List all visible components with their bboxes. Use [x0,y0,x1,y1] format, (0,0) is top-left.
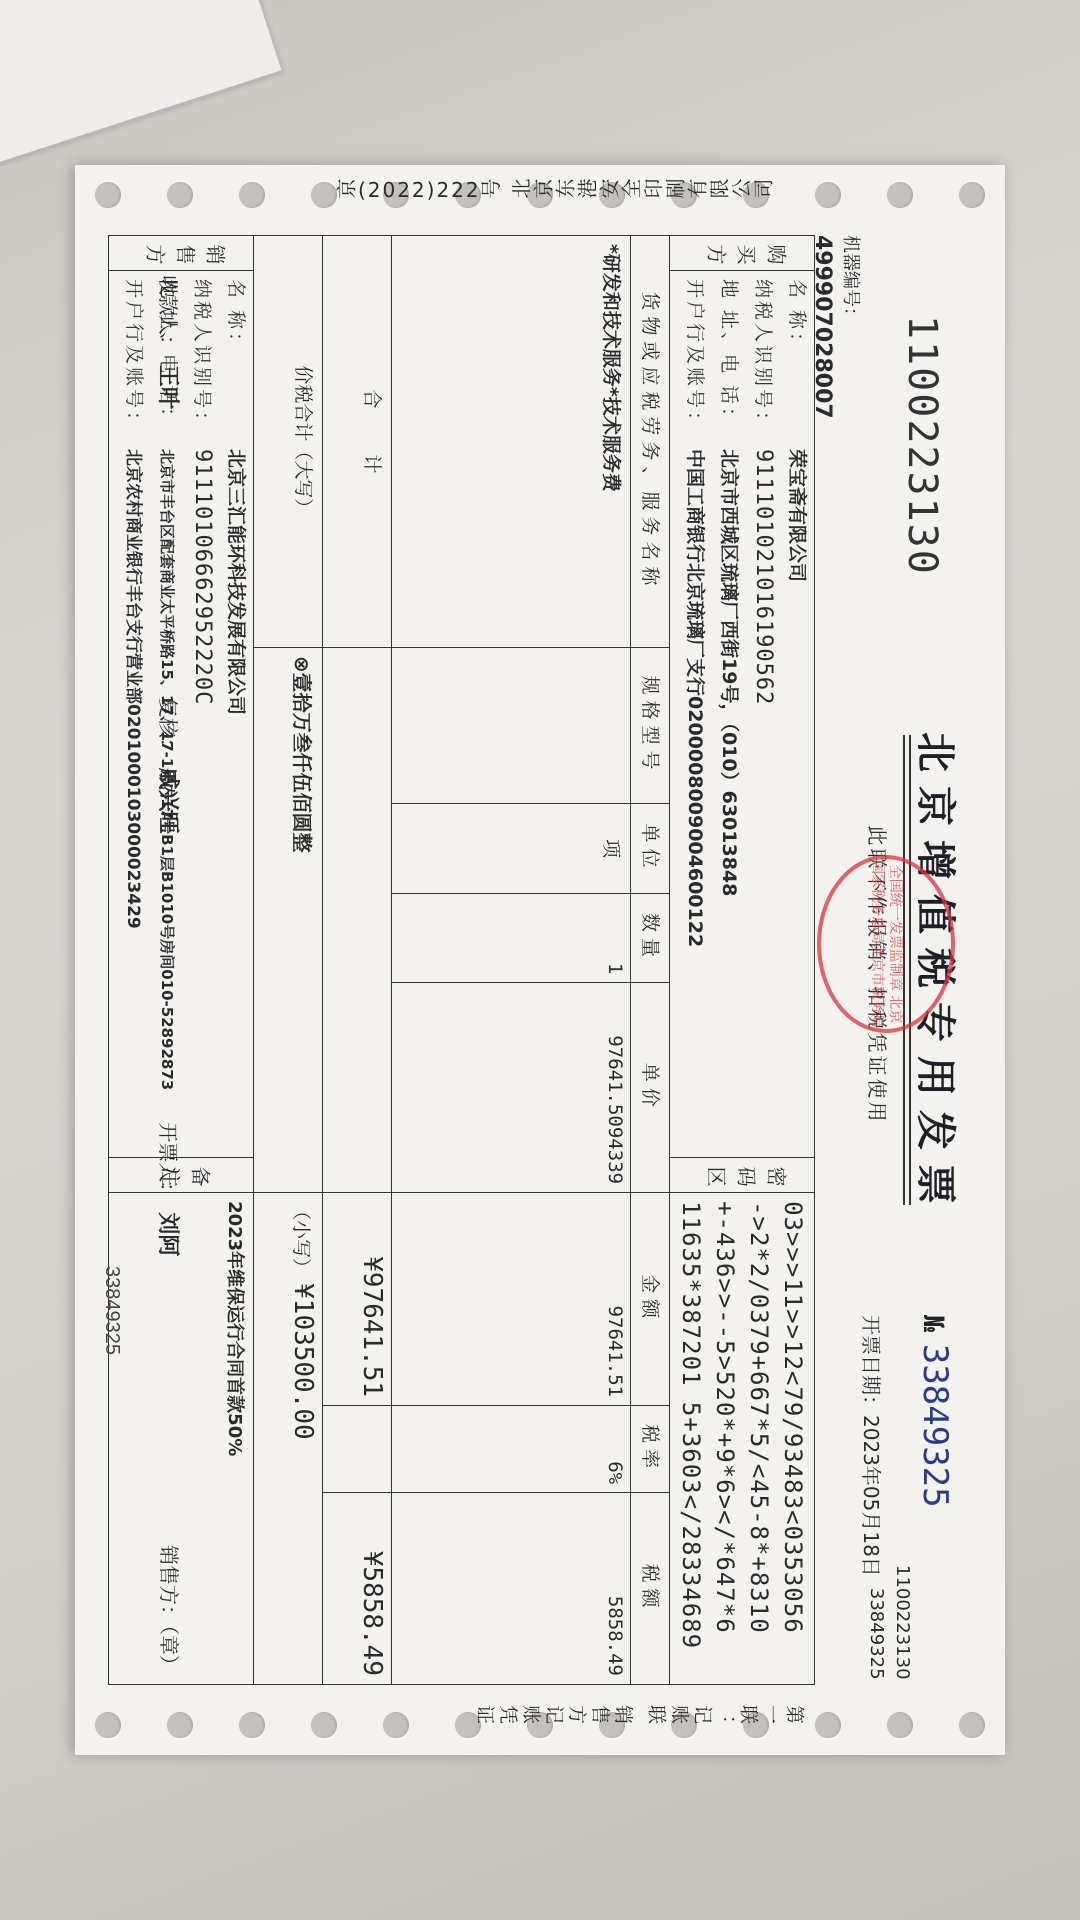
payee: 收款人：王叶 [154,275,185,409]
invoice-table: 购买方 名 称：荣宝斋有限公司 纳税人识别号：91110102101619056… [108,235,815,1685]
seller-side-label: 销售方 [109,236,254,271]
seller-name: 北京三汇能环科技发展有限公司 [225,449,247,715]
buyer-side-label: 购买方 [670,236,815,271]
background-paper [0,0,283,164]
items-header: 货物或应税劳务、服务名称 规格型号 单位 数量 单价 金额 税率 税额 [631,236,670,1685]
signature-footer: 收款人：王叶 复核：戚兴旺 开票人：刘阿 销售方：（章） [154,275,185,1675]
grand-total-upper: ⊗壹拾万叁仟伍佰圆整 [254,647,323,1192]
machine-number: 机器编号： 499907028007 [810,235,865,419]
bottom-serial: 33849325 [100,1266,123,1355]
item-name: *研发和技术服务*技术服务费 [392,236,631,648]
seller-seal: 销售方：（章） [154,1545,185,1675]
item-tax: 5858.49 [392,1493,631,1685]
corner-codes: 1100223130 33849325 [863,1565,915,1680]
buyer-name: 荣宝斋有限公司 [786,449,808,582]
item-unit: 项 [392,804,631,894]
grand-total-lower: ¥103500.00 [288,1283,318,1440]
seller-bank: 北京农村商业银行丰台支行营业部0201000103000023429 [123,449,143,929]
cipher-side-label: 密码区 [670,1158,815,1193]
item-price: 97641.5094339 [392,983,631,1193]
issue-date: 开票日期：2023年05月18日 [858,1315,887,1577]
copy-label: 第一联：记账联 销售方记账凭证 [473,1695,805,1725]
item-spec [392,647,631,803]
cipher-area: 03>>>11>>12<79/93483<0353056 ->2*2/0379+… [670,1193,815,1685]
total-amount: ¥97641.51 [323,1193,392,1406]
item-rate: 6% [392,1406,631,1493]
printer-note: 京(2022)222号 北京东港安全印刷有限公司 [336,175,775,205]
buyer-section: 购买方 名 称：荣宝斋有限公司 纳税人识别号：91110102101619056… [670,236,815,1685]
drawer: 开票人：刘阿 [154,1122,185,1256]
reviewer: 复核：戚兴旺 [154,698,185,834]
official-seal: 全国统一发票监制章 北京 国家税务总局北京市税务局 [817,855,955,1033]
item-qty: 1 [392,893,631,983]
invoice-sheet: 京(2022)222号 北京东港安全印刷有限公司 1100223130 机器编号… [75,165,1005,1755]
invoice-code: 1100223130 [899,315,945,576]
total-row: 合 计 ¥97641.51 ¥5858.49 [323,236,392,1685]
grand-total-row: 价税合计（大写） ⊗壹拾万叁仟伍佰圆整 （小写） ¥103500.00 [254,236,323,1685]
item-amount: 97641.51 [392,1193,631,1406]
buyer-taxid: 911101021016190562 [751,449,776,705]
total-tax: ¥5858.49 [323,1493,392,1685]
invoice-number: №33849325 [915,1315,955,1508]
table-row: *研发和技术服务*技术服务费 项 1 97641.5094339 97641.5… [392,236,631,1685]
seller-taxid: 91110106662952220C [190,449,215,705]
buyer-address: 北京市西城区琉璃厂西街19号，（010）63013848 [718,449,740,896]
invoice-photo: 京(2022)222号 北京东港安全印刷有限公司 1100223130 机器编号… [75,165,1005,1755]
buyer-bank: 中国工商银行北京琉璃厂支行0200008009004600122 [684,449,706,947]
